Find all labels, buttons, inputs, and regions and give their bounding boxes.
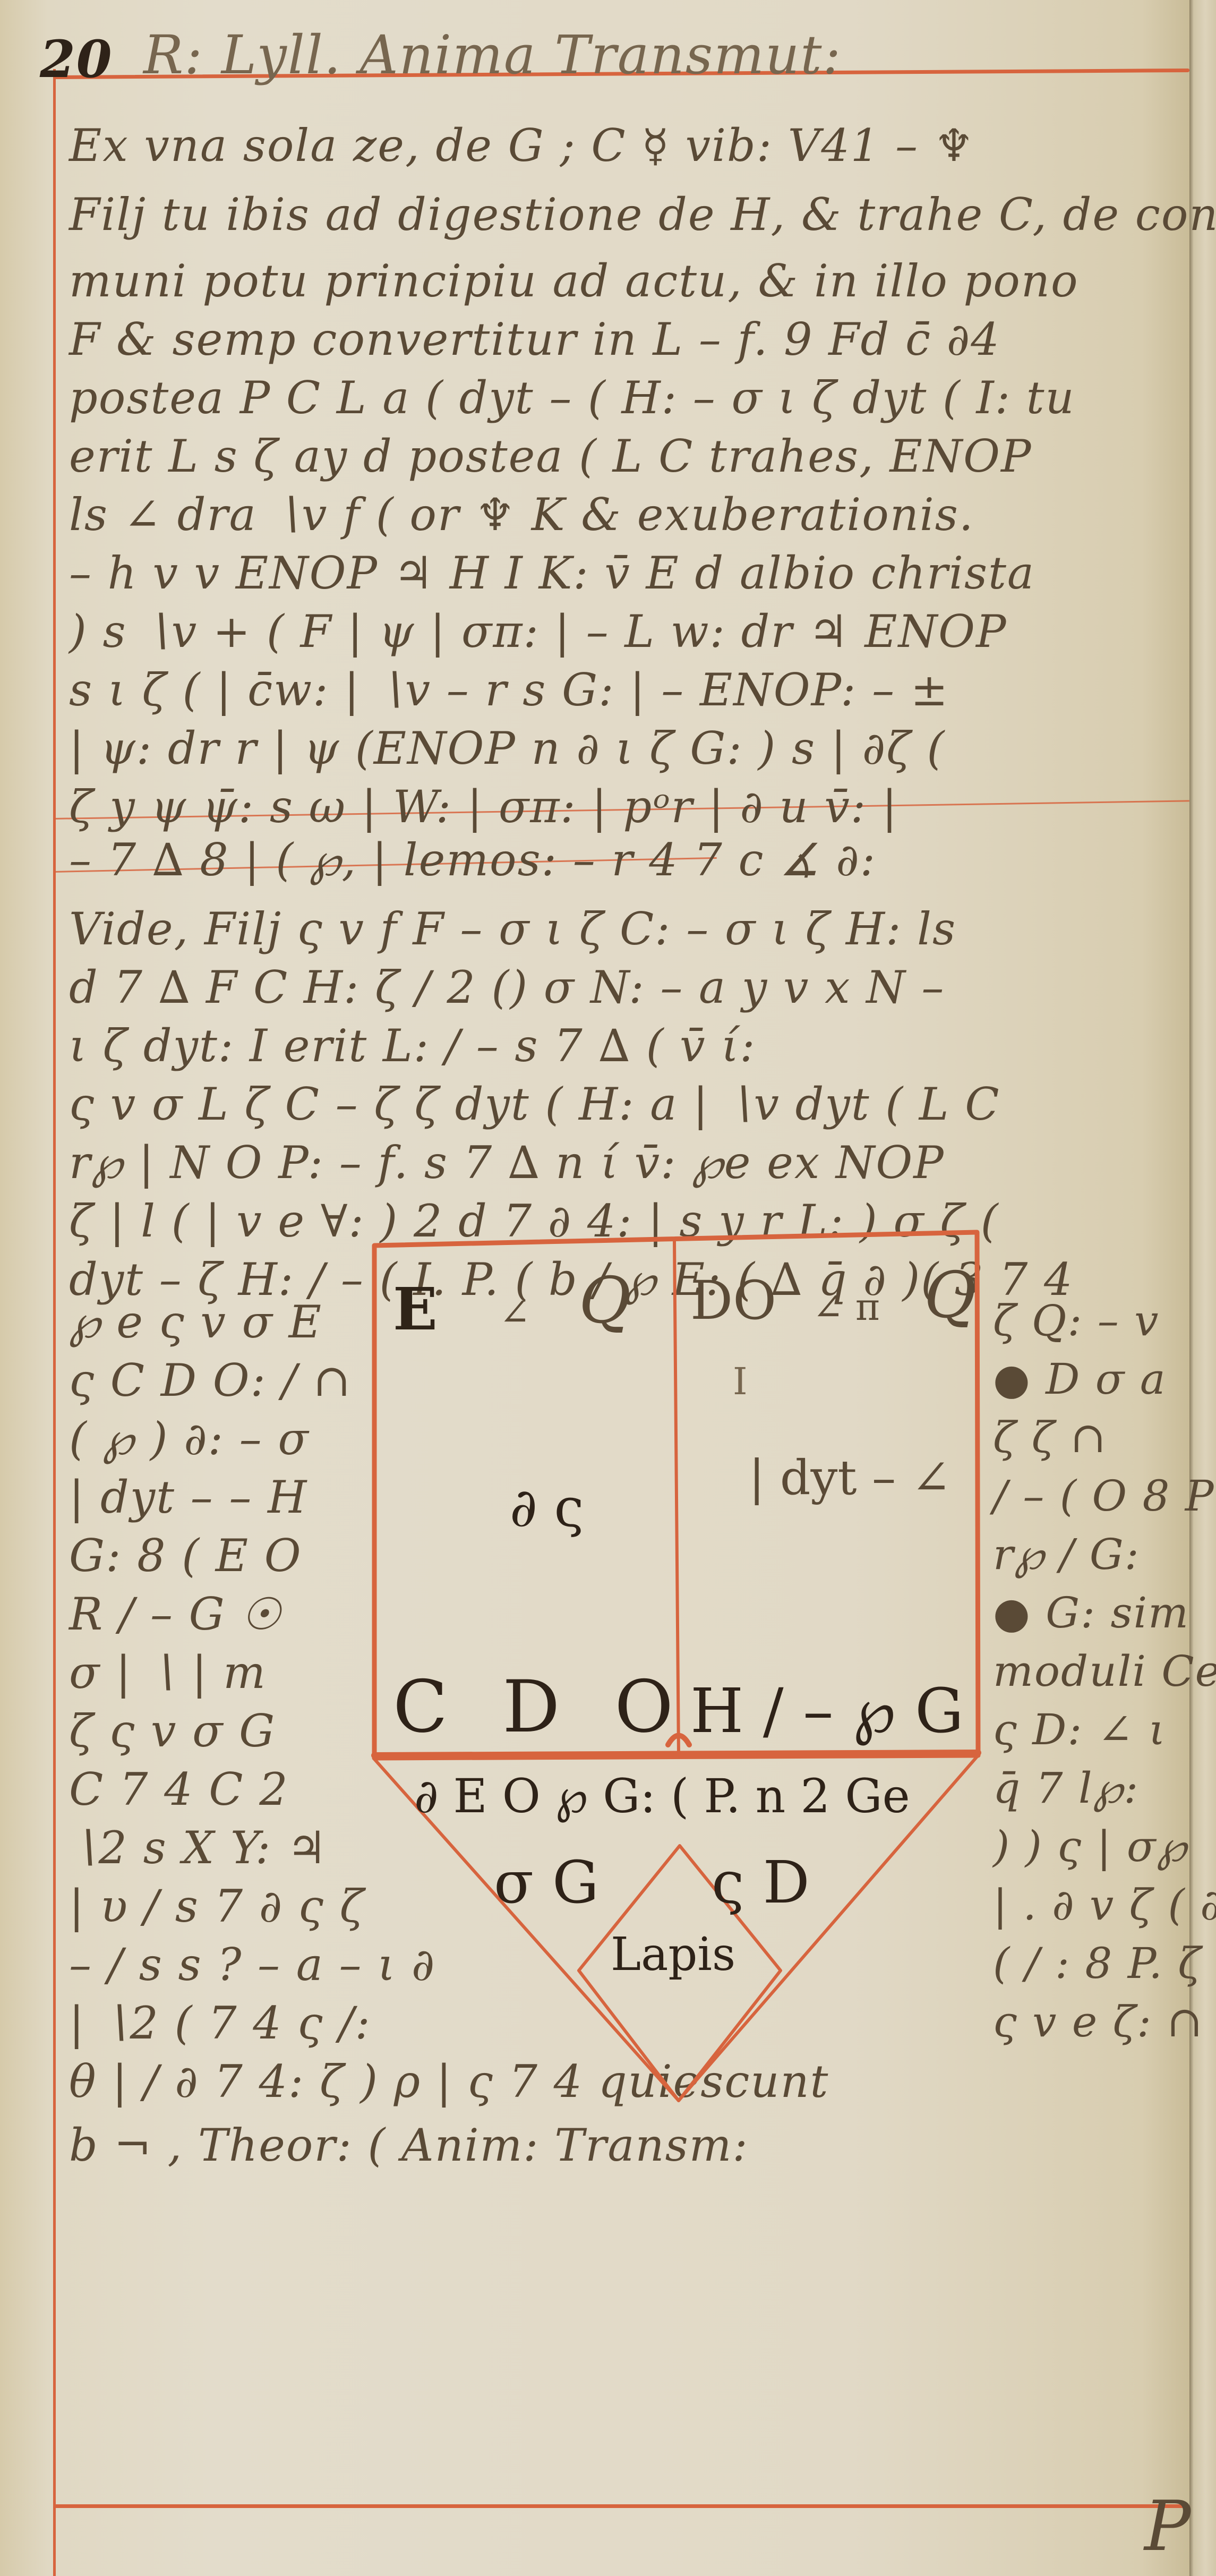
triangle-top-row: ∂ E O ℘ G: ( P. n 2 Ge: [414, 1769, 910, 1823]
box-left-top-right: Q: [579, 1264, 631, 1338]
box-right-center-mark: I: [733, 1360, 748, 1403]
box-right-top-right: Q: [924, 1259, 976, 1333]
box-right-bottom: H / – ℘ G: [690, 1676, 964, 1747]
box-left-bottom: C D O: [393, 1665, 689, 1748]
box-right-top-left: DO: [690, 1269, 776, 1332]
catchword: P: [1144, 2486, 1191, 2566]
box-left-middle: ∂ ς: [510, 1477, 584, 1539]
box-left-top-mid: ∠: [499, 1291, 530, 1334]
box-right-top-mid: ∠ π: [812, 1285, 880, 1329]
triangle-left-label: σ G: [494, 1848, 599, 1916]
box-right-middle: | dyt – ∠: [749, 1450, 951, 1506]
box-left-top-left: E: [393, 1275, 438, 1343]
lapis-label: Lapis: [611, 1928, 735, 1981]
triangle-right-label: ς D: [712, 1848, 810, 1916]
